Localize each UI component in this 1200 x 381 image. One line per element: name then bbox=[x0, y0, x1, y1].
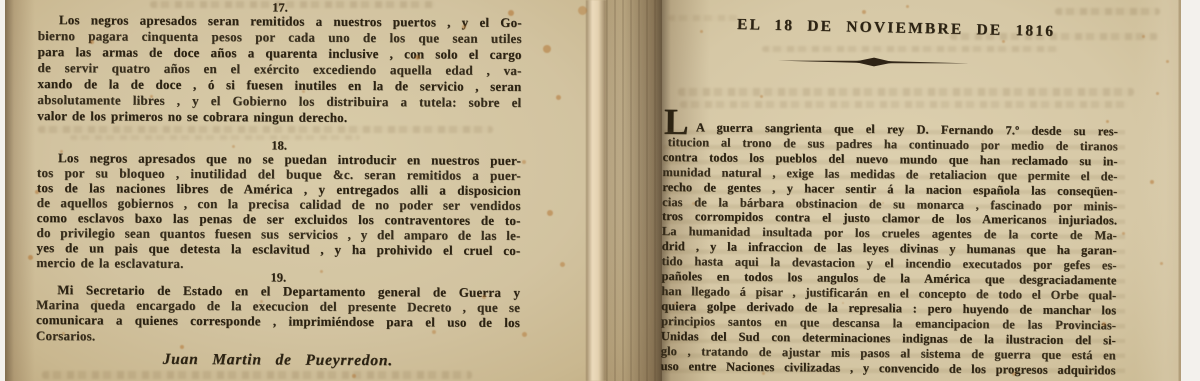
foxing-spot bbox=[982, 140, 984, 142]
foxing-spot bbox=[352, 374, 356, 378]
foxing-spot bbox=[578, 6, 587, 15]
text-line: de servir quatro años en el exército exc… bbox=[38, 60, 522, 79]
foxing-spot bbox=[762, 372, 765, 375]
text-line: valor de los primeros no se cobrara ning… bbox=[37, 108, 521, 127]
gutter-shadow bbox=[606, 0, 662, 381]
foxing-spot bbox=[547, 210, 553, 216]
bleedthrough-smudge bbox=[762, 46, 1060, 52]
foxing-spot bbox=[692, 202, 695, 205]
foxing-spot bbox=[60, 150, 63, 153]
foxing-spot bbox=[882, 202, 884, 204]
text-line: Marina queda encargado de la execucion d… bbox=[36, 297, 520, 315]
foxing-spot bbox=[462, 25, 466, 29]
foxing-spot bbox=[1106, 120, 1109, 123]
bleedthrough-smudge bbox=[42, 371, 472, 379]
text-line: Corsarios. bbox=[36, 328, 520, 346]
foxing-spot bbox=[1150, 180, 1154, 184]
foxing-spot bbox=[150, 95, 153, 98]
foxing-spot bbox=[1012, 372, 1016, 376]
text-line: do privilegio sean quantos fuesen sus se… bbox=[37, 225, 521, 243]
foxing-spot bbox=[180, 345, 184, 349]
scan-margin-right bbox=[1181, 0, 1200, 381]
text-line: tos por su bloqueo , inutilidad del buqu… bbox=[37, 165, 521, 183]
foxing-spot bbox=[1156, 92, 1159, 95]
foxing-spot bbox=[952, 250, 954, 252]
bleedthrough-smudge bbox=[38, 126, 493, 133]
text-line: de aquellos gobiernos , con la precisa c… bbox=[37, 195, 521, 213]
foxing-spot bbox=[862, 10, 866, 14]
divider-ornament bbox=[778, 54, 970, 71]
foxing-spot bbox=[842, 302, 844, 304]
bleedthrough-smudge bbox=[678, 88, 1134, 96]
bleedthrough-smudge bbox=[1055, 8, 1160, 15]
foxing-spot bbox=[1122, 232, 1125, 235]
foxing-spot bbox=[1166, 60, 1169, 63]
signature: Juan Martin de Pueyrredon. bbox=[36, 350, 520, 371]
foxing-spot bbox=[28, 255, 33, 260]
foxing-spot bbox=[906, 5, 909, 8]
foxing-spot bbox=[90, 40, 94, 44]
right-page-text: A guerra sangrienta que el rey D. Fernan… bbox=[661, 120, 1118, 378]
foxing-spot bbox=[35, 190, 39, 194]
text-line: bierno pagara cinquenta pesos por cada u… bbox=[38, 28, 522, 47]
bleedthrough-smudge bbox=[668, 15, 738, 21]
foxing-spot bbox=[260, 300, 263, 303]
binding-crease bbox=[586, 0, 606, 381]
foxing-spot bbox=[1002, 40, 1005, 43]
foxing-spot bbox=[1102, 322, 1106, 326]
bleedthrough-smudge bbox=[680, 101, 1128, 108]
paragraph: Mi Secretario de Estado en el Departamen… bbox=[36, 282, 520, 346]
foxing-spot bbox=[700, 30, 703, 33]
foxing-spot bbox=[1142, 35, 1145, 38]
book-scan: 17.Los negros apresados seran remitidos … bbox=[0, 0, 1200, 381]
foxing-spot bbox=[302, 90, 305, 93]
bleedthrough-smudge bbox=[150, 1, 435, 8]
foxing-spot bbox=[432, 330, 436, 334]
left-page-text: 17.Los negros apresados seran remitidos … bbox=[36, 0, 522, 371]
foxing-spot bbox=[556, 95, 561, 100]
foxing-spot bbox=[560, 262, 565, 267]
text-line: mercio de la esclavatura. bbox=[36, 255, 520, 273]
text-line: absolutamente libres , y el Gobierno los… bbox=[37, 92, 521, 111]
foxing-spot bbox=[508, 10, 514, 16]
foxing-spot bbox=[522, 160, 526, 164]
foxing-spot bbox=[522, 332, 527, 337]
foxing-spot bbox=[232, 145, 235, 148]
foxing-spot bbox=[543, 45, 551, 53]
paragraph: Los negros apresados que no se puedan in… bbox=[36, 150, 521, 273]
foxing-spot bbox=[1160, 262, 1163, 265]
bleedthrough-smudge bbox=[950, 33, 1158, 40]
foxing-spot bbox=[62, 332, 65, 335]
foxing-spot bbox=[320, 270, 323, 273]
foxing-spot bbox=[760, 95, 763, 98]
foxing-spot bbox=[674, 302, 677, 305]
foxing-spot bbox=[95, 300, 98, 303]
foxing-spot bbox=[482, 295, 486, 299]
paragraph: Los negros apresados seran remitidos a n… bbox=[37, 12, 522, 127]
foxing-spot bbox=[415, 55, 420, 60]
scan-margin-left bbox=[0, 0, 5, 381]
bleedthrough-smudge bbox=[70, 135, 360, 140]
